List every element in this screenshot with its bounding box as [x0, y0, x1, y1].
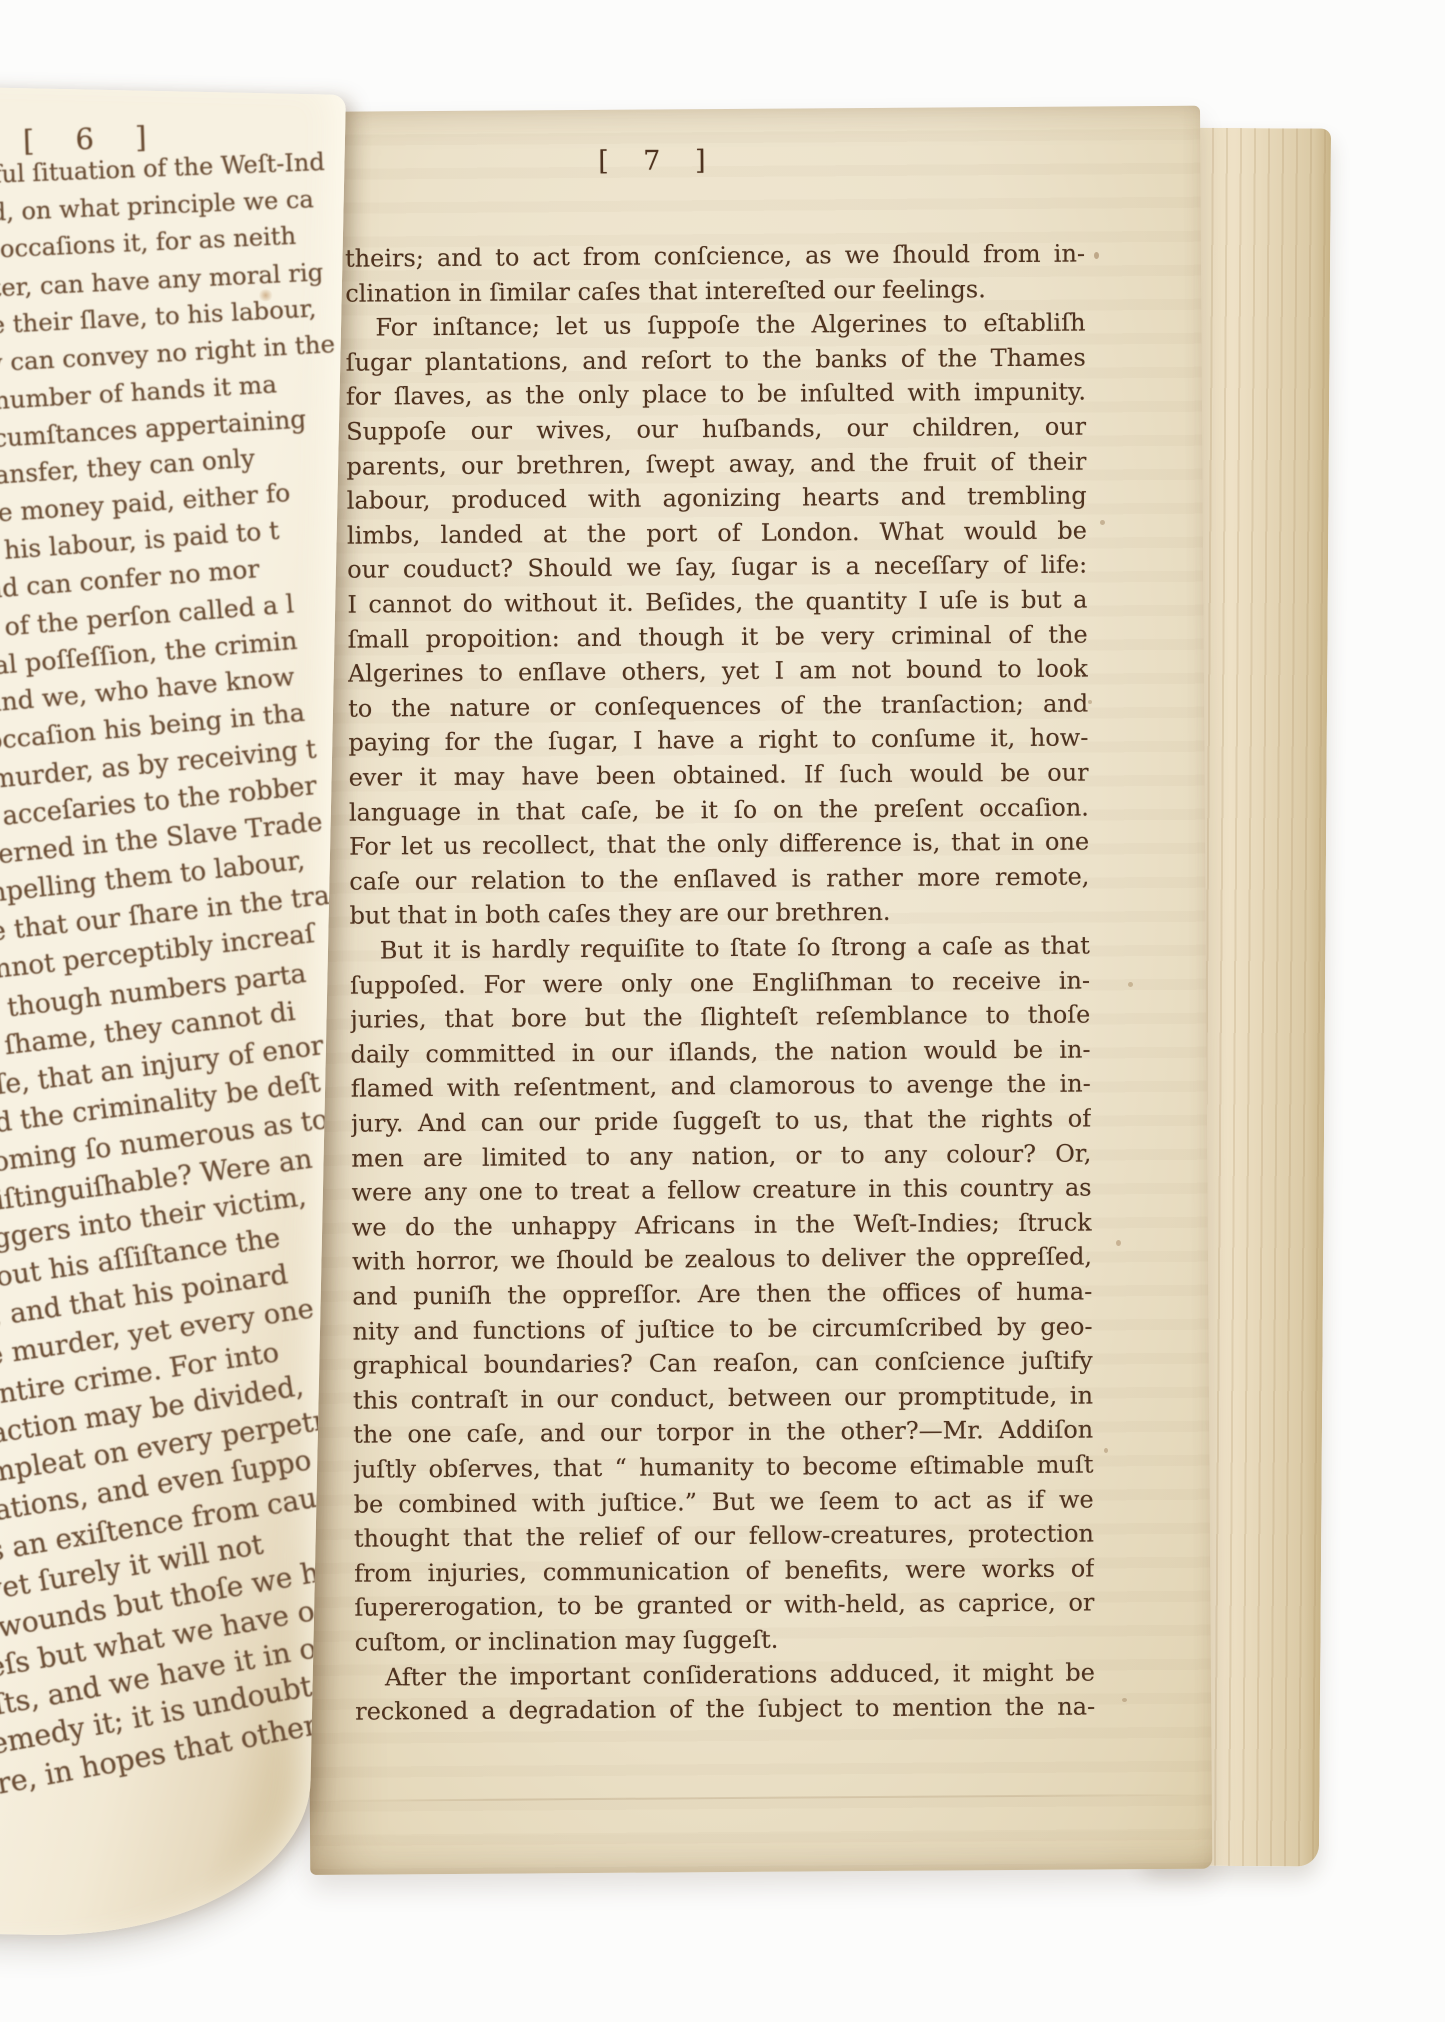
page-number-right: [ 7 ]: [298, 143, 1028, 179]
page-number-left: [ 6 ]: [22, 119, 163, 157]
text-line-fragment: ey can convey no right in the: [0, 329, 336, 378]
paper-crease: [320, 1794, 1202, 1802]
left-page-curling: [ 6 ] dful ſituation of the Weſt-Inded, …: [0, 86, 346, 1941]
left-page-text-block: dful ſituation of the Weſt-Inded, on wha…: [0, 86, 346, 95]
right-page-text-block: theirs; and to act from conſcience, as w…: [298, 106, 1200, 112]
text-line: reckoned a degradation of the ſubject to…: [355, 1690, 1095, 1731]
text-line-fragment: ed, on what principle we ca: [0, 185, 315, 227]
book-photograph: [ 7 ] theirs; and to act from conſcience…: [0, 0, 1445, 2022]
text-line-fragment: h occaſions it, for as neith: [0, 222, 296, 264]
right-page: [ 7 ] theirs; and to act from conſcience…: [298, 106, 1212, 1875]
